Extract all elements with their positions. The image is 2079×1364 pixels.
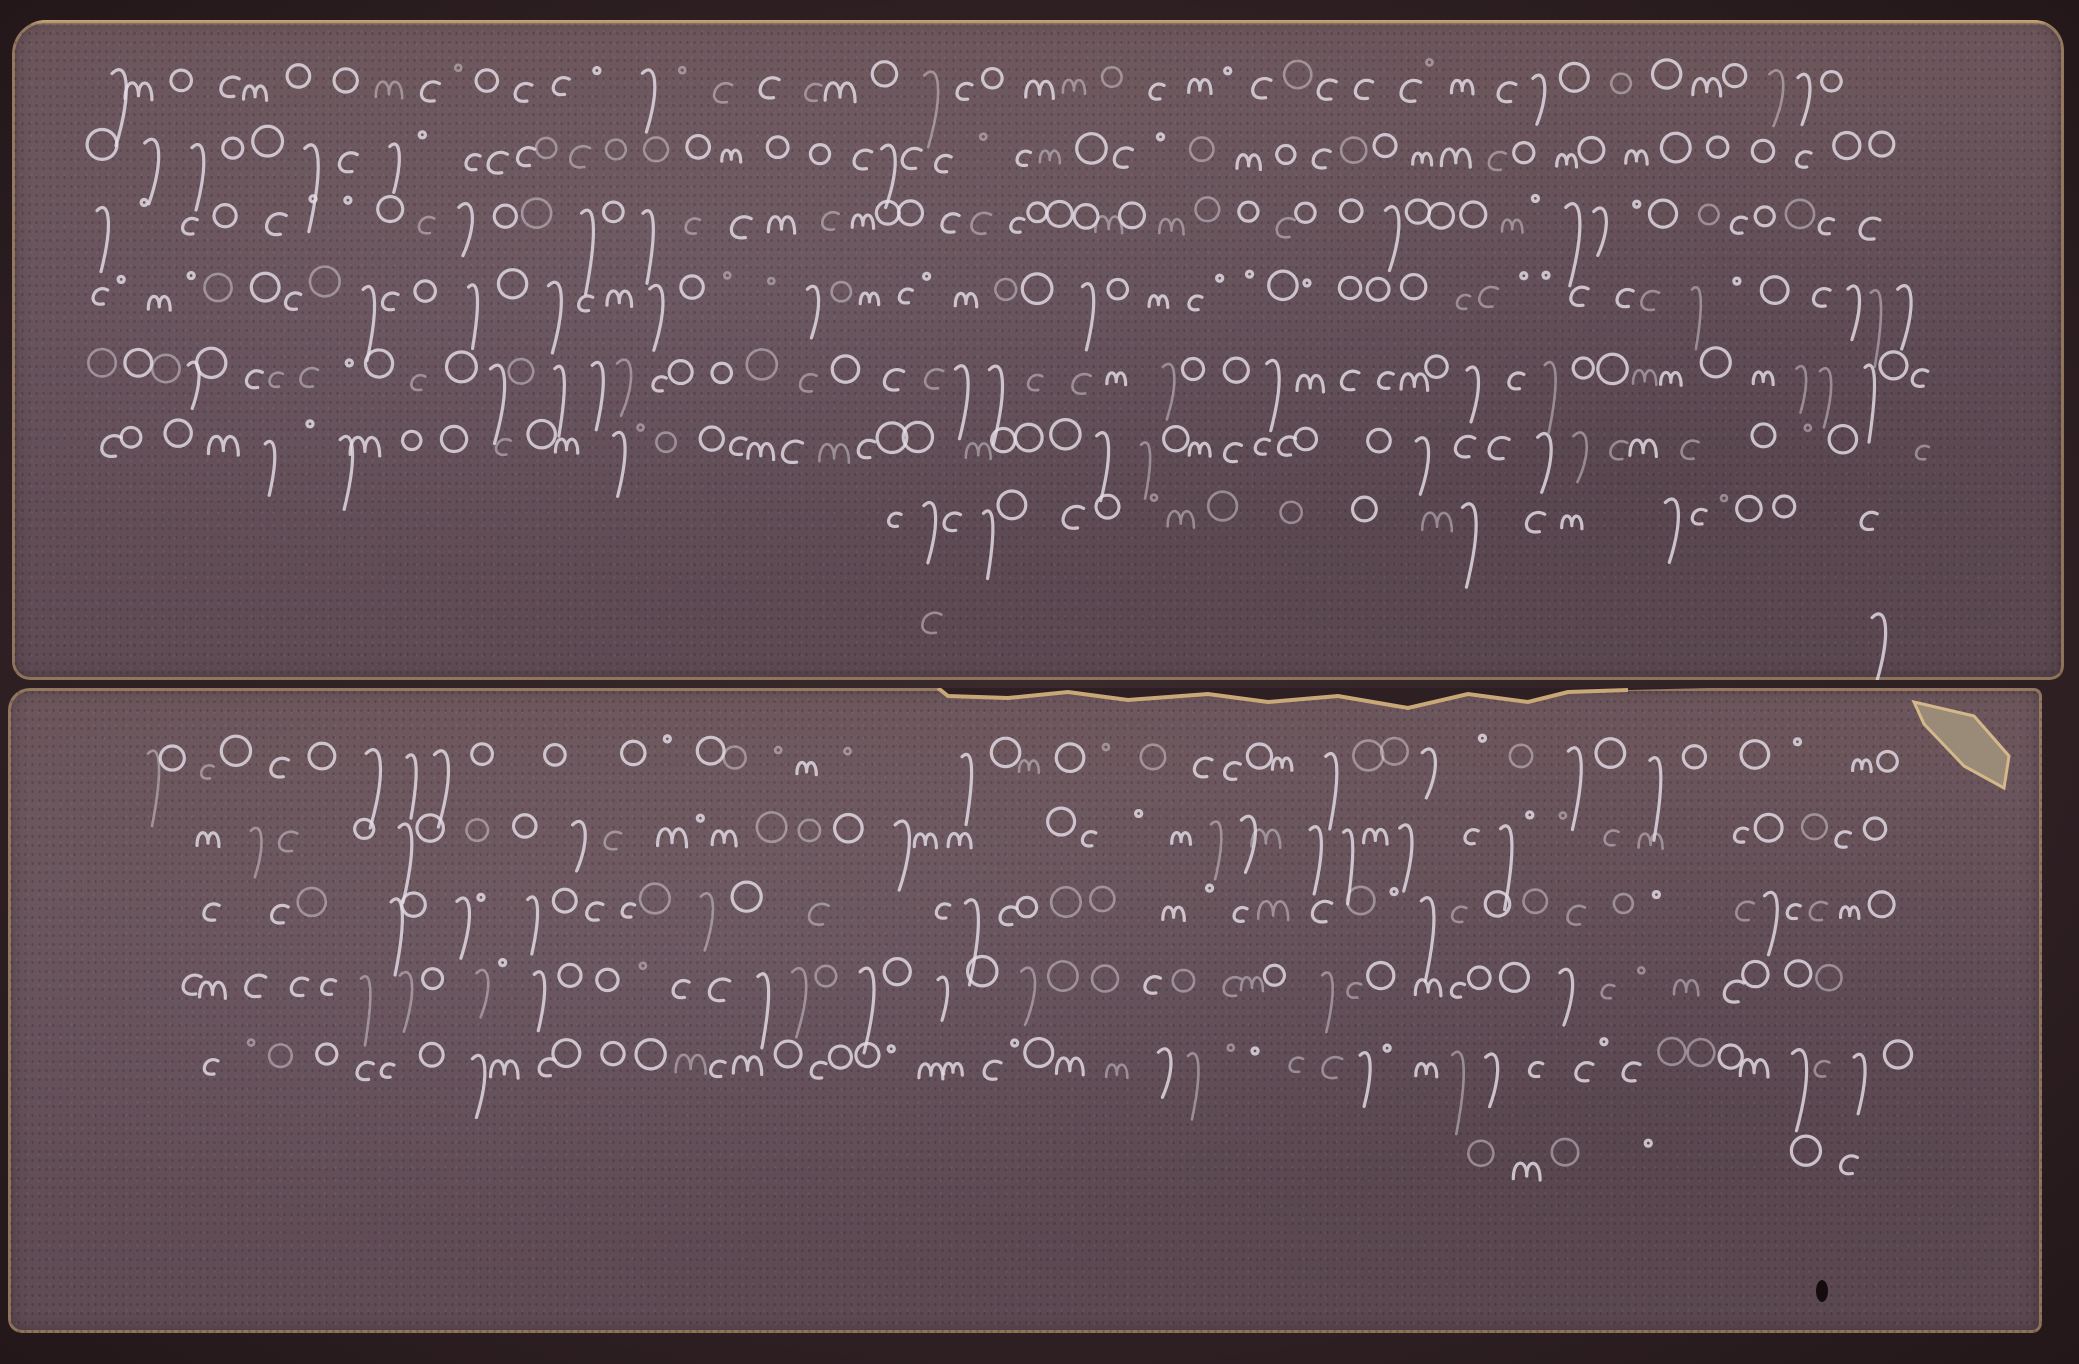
upper-folio-script [12,20,2064,680]
manuscript-photo [0,0,2079,1364]
upper-folio [12,20,2064,680]
upper-folio-edge [12,20,2064,26]
folded-corner [1904,696,2024,796]
lower-folio-script [8,688,2042,1333]
torn-edge [8,688,2042,748]
paper-hole [1816,1280,1828,1302]
lower-folio [8,688,2042,1333]
